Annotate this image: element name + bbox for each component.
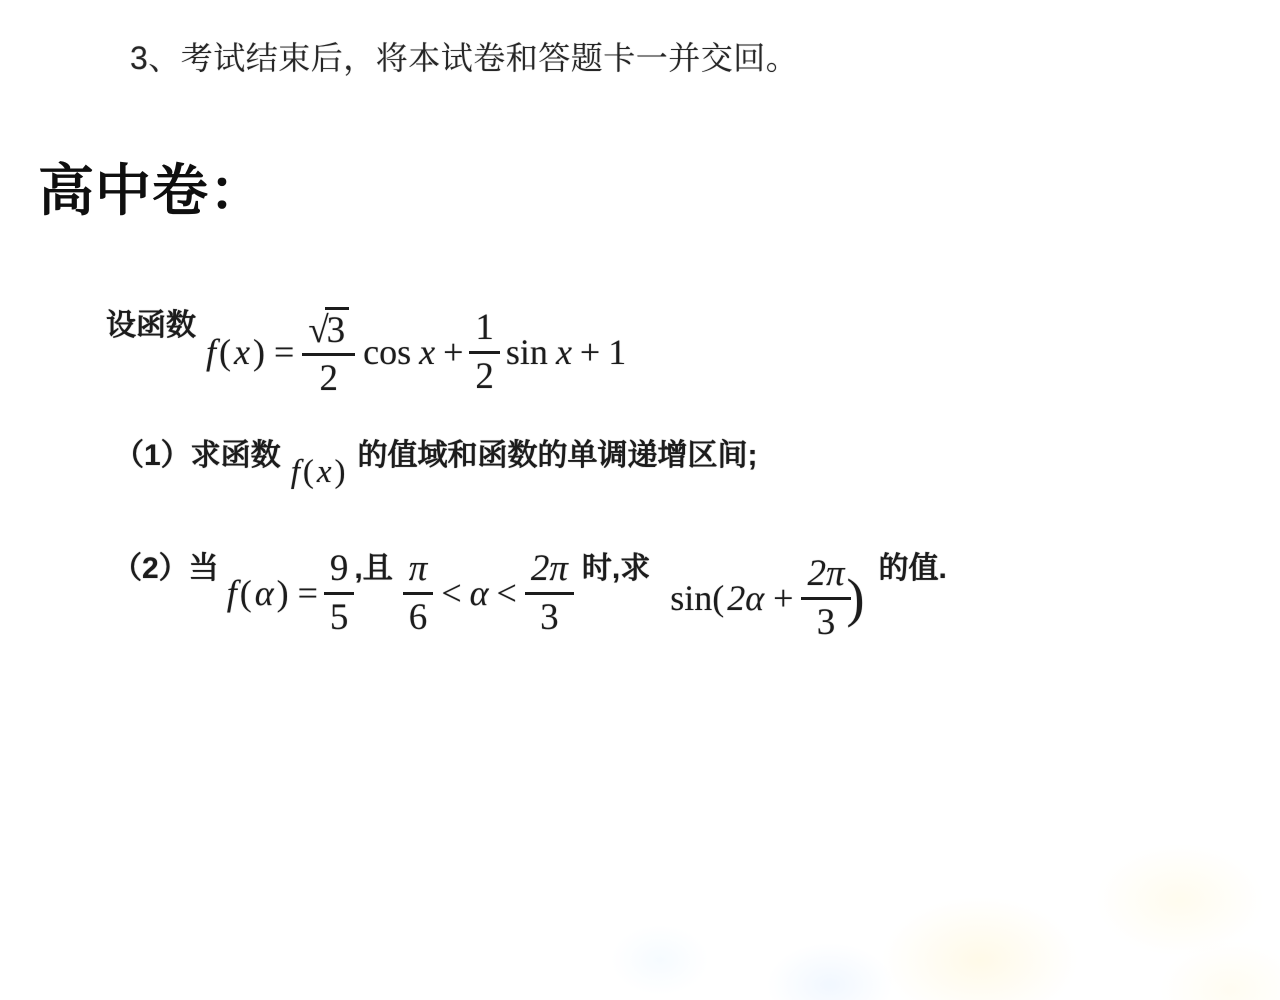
part1-fx: f ( x )	[291, 454, 346, 491]
part1-line: （1）求函数 f ( x ) 的值域和函数的单调递增区间;	[114, 430, 758, 491]
fraction-numerator: 1	[469, 309, 500, 354]
math-x: x	[317, 454, 332, 491]
part1-label: （1）求函数	[114, 430, 281, 474]
math-2alpha: 2α	[727, 577, 764, 619]
fraction-numerator: 9	[324, 550, 355, 595]
math-big-closing-paren: )	[847, 567, 865, 629]
math-cos-arg: x	[419, 331, 435, 373]
fraction-sqrt3-over-2: √ 3 2	[302, 307, 355, 398]
math-sin-open-paren: sin(	[670, 577, 724, 619]
fraction-1-over-2: 1 2	[469, 309, 500, 395]
fraction-numerator: π	[403, 550, 434, 595]
math-f: f	[206, 331, 216, 373]
exam-paper-page: 3、考试结束后，将本试卷和答题卡一并交回。 高中卷： 设函数 f ( x ) =…	[0, 0, 1280, 1000]
math-lparen: (	[303, 454, 314, 491]
math-lparen: (	[240, 572, 252, 614]
fraction-denominator: 3	[540, 595, 559, 637]
math-plus: +	[580, 331, 600, 373]
fraction-2pi-over-3: 2π 3	[525, 550, 574, 636]
math-constant-one: 1	[608, 331, 626, 373]
fraction-numerator: 2π	[801, 555, 850, 600]
fraction-denominator: 2	[475, 354, 494, 396]
math-sin-arg: x	[556, 331, 572, 373]
math-plus: +	[443, 331, 463, 373]
math-plus: +	[773, 577, 793, 619]
fraction-numerator: √ 3	[302, 307, 355, 356]
part2-and-text: ,且	[354, 543, 392, 587]
math-cos: cos	[363, 331, 411, 373]
math-f: f	[291, 454, 300, 491]
part2-label: （2）当	[112, 543, 219, 587]
math-equals: =	[274, 331, 294, 373]
part2-falpha-equals: f ( α ) =	[227, 572, 318, 614]
math-alpha: α	[470, 572, 489, 614]
math-x: x	[234, 331, 250, 373]
math-f: f	[227, 572, 237, 614]
part2-sin-expression: sin( 2α +	[670, 577, 793, 619]
fraction-denominator: 2	[319, 356, 338, 398]
stem-cos-term: cos x +	[363, 331, 463, 373]
fraction-denominator: 3	[817, 600, 836, 642]
part2-inequality: < α <	[441, 572, 517, 614]
section-heading: 高中卷：	[38, 147, 266, 227]
math-rparen: )	[335, 454, 346, 491]
math-rparen: )	[253, 331, 265, 373]
part1-suffix-text: 的值域和函数的单调递增区间;	[358, 430, 758, 474]
fraction-numerator: 2π	[525, 550, 574, 595]
part2-line: （2）当 f ( α ) = 9 5 ,且 π 6 < α < 2π 3 时,求	[112, 540, 947, 646]
part2-when-text: 时,求	[582, 543, 650, 587]
fraction-9-over-5: 9 5	[324, 550, 355, 636]
math-less-than: <	[497, 572, 517, 614]
math-equals: =	[298, 572, 318, 614]
stem-prefix-text: 设函数	[106, 300, 196, 344]
fraction-pi-over-6: π 6	[403, 550, 434, 636]
sqrt-radicand: 3	[325, 307, 350, 349]
problem-stem-line: 设函数 f ( x ) = √ 3 2 cos x + 1 2 sin x	[106, 300, 626, 404]
fraction-2pi-over-3-inner: 2π 3	[801, 555, 850, 641]
fraction-denominator: 6	[409, 595, 428, 637]
math-sin: sin	[506, 331, 548, 373]
stem-sin-term: sin x + 1	[506, 331, 626, 373]
stem-fx-equals: f ( x ) =	[206, 331, 294, 373]
math-lparen: (	[219, 331, 231, 373]
part2-suffix-text: 的值.	[878, 543, 946, 587]
fraction-denominator: 5	[330, 595, 349, 637]
math-rparen: )	[277, 572, 289, 614]
math-alpha: α	[255, 572, 274, 614]
instruction-line-3: 3、考试结束后，将本试卷和答题卡一并交回。	[130, 33, 798, 79]
math-less-than: <	[441, 572, 461, 614]
